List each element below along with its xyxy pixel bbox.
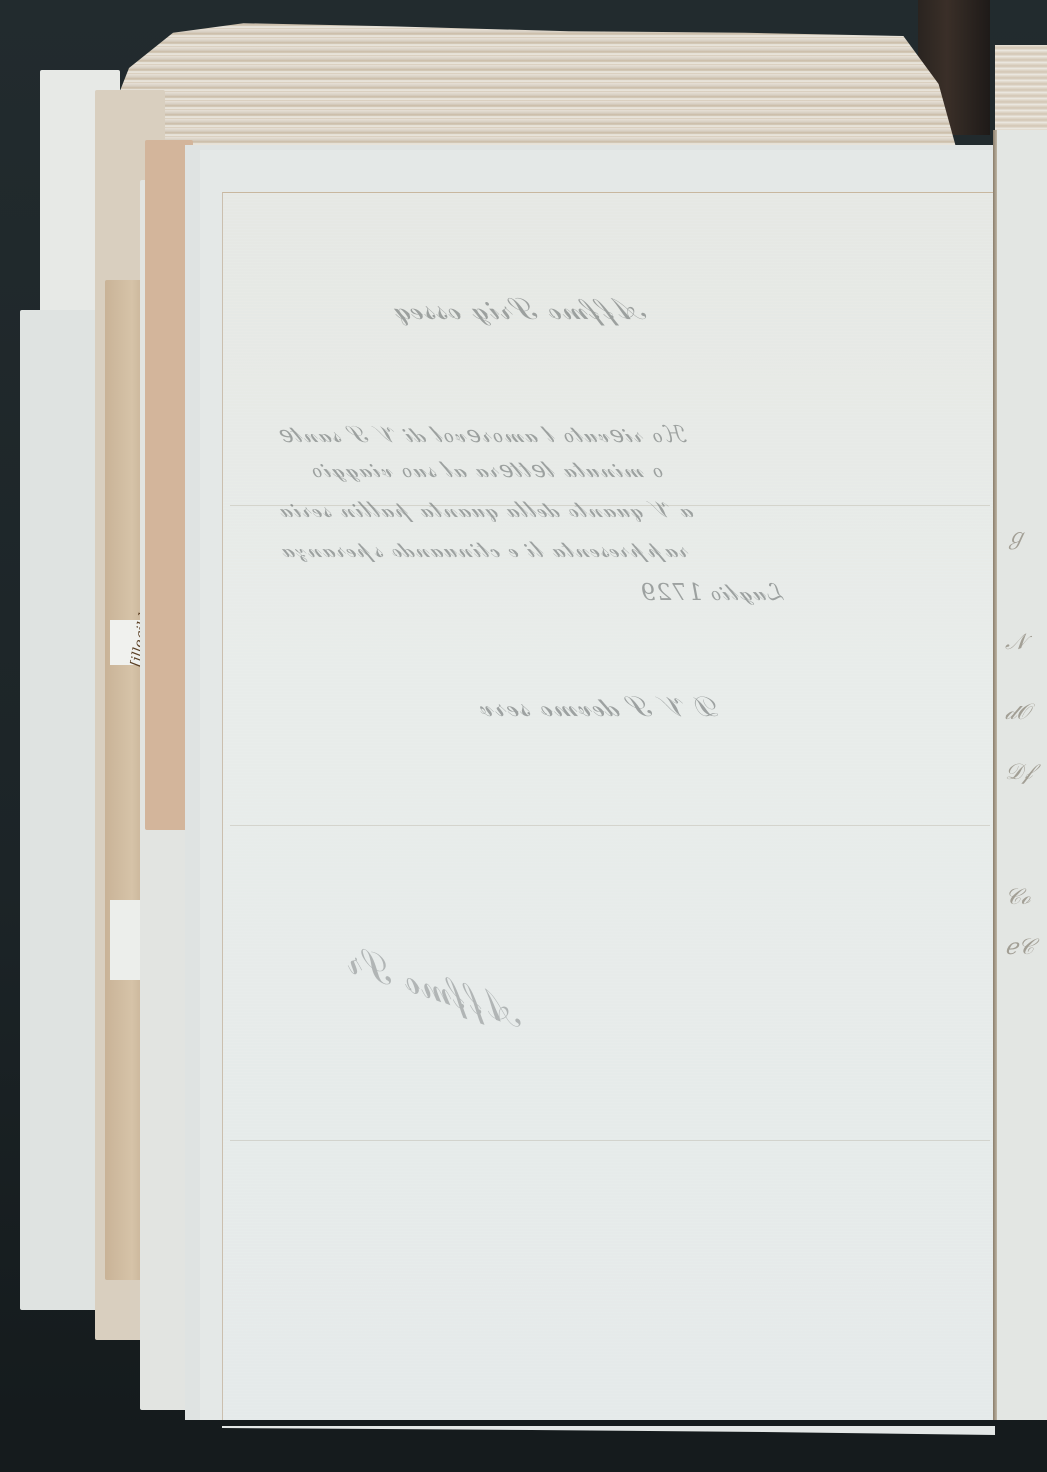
letter-line: ℴ 𝓂𝒾𝓃𝓊𝓉𝒶 𝓁ℯ𝓉𝓉ℯ𝓇𝒶 𝒶𝓁 𝓈𝓊ℴ 𝓋𝒾𝒶ℊℊ𝒾ℴ [312,457,664,483]
letter-line: 𝓇𝒶𝓅𝓅𝓇ℯ𝓈ℯ𝓃𝓉𝒶 𝓁𝒾 ℯ 𝒸𝓉𝒾𝓃𝓊𝒶𝓃𝒹ℴ 𝓈𝓅ℯ𝓇𝒶𝓃𝓏𝒶 [282,537,689,563]
facing-page-ink: 𝒩 [1005,630,1026,655]
facing-page-ink: 𝒹𝒪 [1005,700,1030,725]
facing-page-ink: 𝒞ℴ [1005,885,1030,910]
letter-date: ℒ𝓊ℊ𝓁𝒾ℴ 1729 [640,580,785,606]
letter-line: ℋℴ 𝓇𝒾ℯ𝓋𝓊𝓉ℴ 𝓁 𝒶𝓂ℴ𝓇ℯ𝓋ℴ𝓁 𝒹𝒾 𝒱 𝒮 𝓈𝒶𝓃𝓉ℯ [280,422,688,448]
letter-salutation: 𝒜𝒻𝒻𝓂ℴ 𝒮𝓇𝒾ℊ ℴ𝓈𝓈ℯ𝓆 [395,292,647,327]
letter-line: 𝒶 𝒱 𝓆𝓊𝒶𝓃𝓉ℴ 𝒹ℯ𝓁𝓁𝒶 𝓆𝓊𝒶𝓃𝓉𝒶 𝓅𝒶𝓁𝓁𝒾𝓃 𝓈ℯ𝓇𝒾𝒶 [280,497,694,523]
letter-closing: 𝒟 𝒱 𝒮 𝒹ℯ𝓋𝓂ℴ 𝓈ℯ𝓇𝓋 [480,690,720,724]
fold-line [230,825,990,826]
fold-line [230,1140,990,1141]
facing-page-ink: ℊ [1005,520,1027,551]
facing-page-ink: 𝒟𝒻 [1005,760,1032,785]
main-page-sheet [222,192,996,1436]
facing-page-ink: ℯ𝒞 [1005,935,1034,960]
facing-page [997,130,1047,1455]
